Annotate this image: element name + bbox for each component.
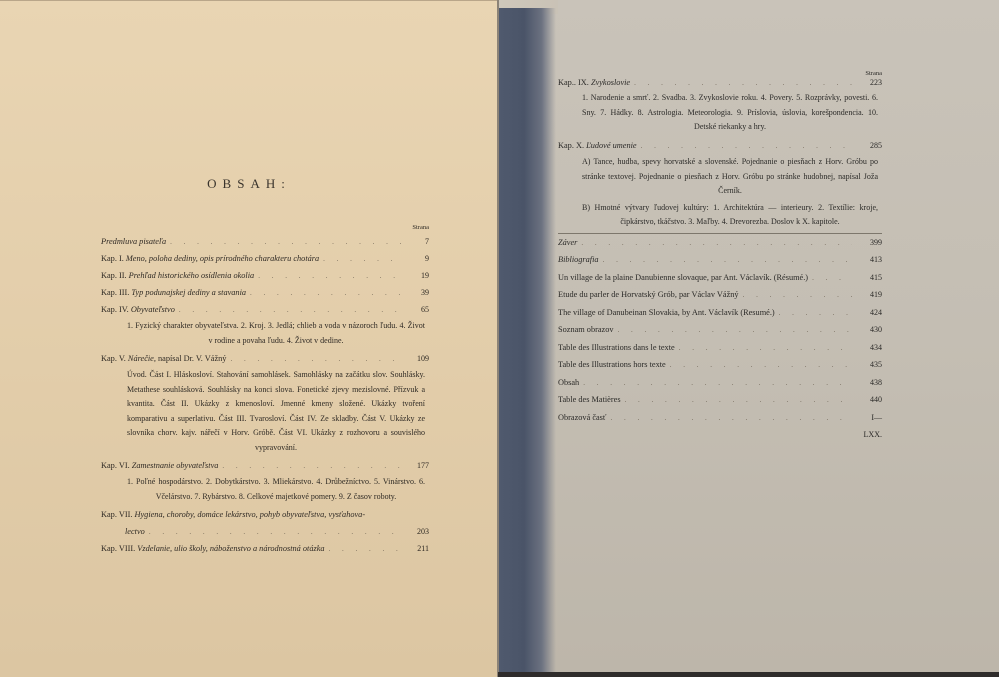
leader-dots: . . . . . . . . . . . . . . . . . . . . … bbox=[679, 340, 852, 358]
entry-title: Un village de la plaine Danubienne slova… bbox=[558, 269, 808, 287]
chapter-number: Kap. VI. bbox=[101, 461, 130, 470]
entry-title: Meno, poloha dediny, opis prírodného cha… bbox=[126, 254, 319, 263]
page-number: 440 bbox=[856, 391, 882, 409]
chapter-number: Kap. IV. bbox=[101, 305, 129, 314]
toc-entry[interactable]: Kap. IV. Obyvateľstvo . . . . . . . . . … bbox=[101, 301, 429, 318]
leader-dots: . . . . . . . . . . . . . . . . . . . . … bbox=[603, 252, 852, 270]
entry-title: Table des Illustrations dans le texte bbox=[558, 339, 675, 357]
entry-title: Obrazová časť bbox=[558, 409, 606, 427]
toc-entry[interactable]: Kap. VIII. Vzdelanie, ulio školy, nábože… bbox=[101, 540, 429, 557]
entry-title: Table des Illustrations hors texte bbox=[558, 356, 666, 374]
leader-dots: . . . . . . . . . . . . . . . . . . . . … bbox=[323, 251, 401, 268]
entry-title: Ľudové umenie bbox=[586, 141, 636, 150]
page-number: 438 bbox=[856, 374, 882, 392]
gutter-shadow bbox=[498, 8, 556, 677]
page-number: 285 bbox=[856, 137, 882, 155]
leader-dots: . . . . . . . . . . . . . . . . . . . . … bbox=[610, 410, 852, 428]
leader-dots: . . . . . . . . . . . . . . . . . . . . … bbox=[581, 235, 852, 253]
page-number: 177 bbox=[405, 457, 429, 474]
chapter-subsections-b: B) Hmotné výtvary ľudovej kultúry: 1. Ar… bbox=[558, 201, 882, 230]
entry-title: Etude du parler de Horvatský Grób, par V… bbox=[558, 286, 739, 304]
toc-entry[interactable]: Kap. VII. Hygiena, choroby, domáce lekár… bbox=[101, 506, 429, 523]
entry-title: Záver bbox=[558, 238, 577, 247]
chapter-number: Kap. X. bbox=[558, 141, 584, 150]
toc-entry[interactable]: Obrazová časť . . . . . . . . . . . . . … bbox=[558, 409, 882, 427]
page-number: I—LXX. bbox=[856, 409, 882, 444]
page-title: OBSAH: bbox=[0, 176, 498, 192]
leader-dots: . . . . . . . . . . . . . . . . . . . . … bbox=[250, 285, 401, 302]
leader-dots: . . . . . . . . . . . . . . . . . . . . … bbox=[670, 357, 852, 375]
entry-title: Nárečie, bbox=[128, 354, 156, 363]
page-number: 430 bbox=[856, 321, 882, 339]
entry-title: Zamestnanie obyvateľstva bbox=[132, 461, 219, 470]
toc-entry[interactable]: Kap. VI. Zamestnanie obyvateľstva . . . … bbox=[101, 457, 429, 474]
page-number: 435 bbox=[856, 356, 882, 374]
toc-entry[interactable]: Table des Illustrations hors texte . . .… bbox=[558, 356, 882, 374]
chapter-number: Kap. I. bbox=[101, 254, 124, 263]
chapter-subsections: 1. Fyzický charakter obyvateľstva. 2. Kr… bbox=[101, 319, 429, 348]
chapter-subsections: Úvod. Část I. Hláskosloví. Stahování sam… bbox=[101, 368, 429, 455]
chapter-subsections: 1. Narodenie a smrť. 2. Svadba. 3. Zvyko… bbox=[558, 91, 882, 135]
entry-title: Hygiena, choroby, domáce lekárstvo, pohy… bbox=[135, 510, 366, 519]
page-number: 39 bbox=[405, 284, 429, 301]
toc-entry[interactable]: Predmluva pisateľa . . . . . . . . . . .… bbox=[101, 233, 429, 250]
toc-entry[interactable]: Kap. I. Meno, poloha dediny, opis prírod… bbox=[101, 250, 429, 267]
entry-title: Typ podunajskej dediny a stavania bbox=[131, 288, 246, 297]
page-number: 415 bbox=[856, 269, 882, 287]
page-number: 434 bbox=[856, 339, 882, 357]
entry-title: Table des Matières bbox=[558, 391, 621, 409]
entry-title-continuation: lectvo bbox=[125, 527, 145, 536]
page-number: 109 bbox=[405, 350, 429, 367]
toc-entry[interactable]: Kap.. IX. Zvykoslovie . . . . . . . . . … bbox=[558, 76, 882, 90]
toc-entry[interactable]: Etude du parler de Horvatský Grób, par V… bbox=[558, 286, 882, 304]
page-number: 65 bbox=[405, 301, 429, 318]
leader-dots: . . . . . . . . . . . . . . . . . . . . … bbox=[329, 541, 401, 558]
entry-title: Obsah bbox=[558, 374, 579, 392]
entry-title: Bibliografia bbox=[558, 255, 599, 264]
toc-entry[interactable]: Kap. III. Typ podunajskej dediny a stava… bbox=[101, 284, 429, 301]
table-of-contents-left: Strana Predmluva pisateľa . . . . . . . … bbox=[101, 224, 429, 557]
chapter-number: Kap. III. bbox=[101, 288, 129, 297]
page-bottom-edge bbox=[498, 672, 999, 677]
entry-title: Soznam obrazov bbox=[558, 321, 614, 339]
toc-entry-continuation[interactable]: lectvo . . . . . . . . . . . . . . . . .… bbox=[101, 523, 429, 540]
page-number: 413 bbox=[856, 251, 882, 269]
toc-entry[interactable]: The village of Danubeinan Slovakia, by A… bbox=[558, 304, 882, 322]
leader-dots: . . . . . . . . . . . . . . . . . . . . … bbox=[258, 268, 401, 285]
chapter-number: Kap. II. bbox=[101, 271, 127, 280]
page-number: 7 bbox=[405, 233, 429, 250]
page-number: 424 bbox=[856, 304, 882, 322]
page-number: 399 bbox=[856, 234, 882, 252]
entry-title: The village of Danubeinan Slovakia, by A… bbox=[558, 304, 775, 322]
book-spine bbox=[497, 0, 499, 677]
leader-dots: . . . . . . . . . . . . . . . . . . . . … bbox=[170, 234, 401, 251]
leader-dots: . . . . . . . . . . . . . . . . . . . . … bbox=[625, 392, 852, 410]
entry-title: Obyvateľstvo bbox=[131, 305, 175, 314]
toc-entry[interactable]: Table des Illustrations dans le texte . … bbox=[558, 339, 882, 357]
toc-entry[interactable]: Obsah . . . . . . . . . . . . . . . . . … bbox=[558, 374, 882, 392]
strana-label: Strana bbox=[101, 224, 429, 233]
chapter-number: Kap. VIII. bbox=[101, 544, 135, 553]
leader-dots: . . . . . . . . . . . . . . . . . . . . … bbox=[634, 76, 852, 90]
entry-title: Vzdelanie, ulio školy, náboženstvo a nár… bbox=[137, 544, 324, 553]
toc-entry[interactable]: Soznam obrazov . . . . . . . . . . . . .… bbox=[558, 321, 882, 339]
page-number: 211 bbox=[405, 540, 429, 557]
entry-title: Zvykoslovie bbox=[591, 78, 630, 87]
leader-dots: . . . . . . . . . . . . . . . . . . . . … bbox=[583, 375, 852, 393]
page-number: 203 bbox=[405, 523, 429, 540]
toc-entry[interactable]: Table des Matières . . . . . . . . . . .… bbox=[558, 391, 882, 409]
leader-dots: . . . . . . . . . . . . . . . . . . . . … bbox=[222, 458, 401, 475]
entry-title: Prehľad historického osídlenia okolia bbox=[129, 271, 255, 280]
leader-dots: . . . . . . . . . . . . . . . . . . . . … bbox=[230, 351, 401, 368]
table-of-contents-right: Kap.. IX. Zvykoslovie . . . . . . . . . … bbox=[558, 72, 882, 426]
toc-entry[interactable]: Kap. V. Nárečie, napísal Dr. V. Vážný . … bbox=[101, 350, 429, 367]
chapter-number: Kap.. IX. bbox=[558, 78, 589, 87]
toc-entry[interactable]: Kap. II. Prehľad historického osídlenia … bbox=[101, 267, 429, 284]
page-number: 9 bbox=[405, 250, 429, 267]
leader-dots: . . . . . . . . . . . . . . . . . . . . … bbox=[641, 138, 852, 156]
entry-author: napísal Dr. V. Vážný bbox=[156, 354, 227, 363]
leader-dots: . . . . . . . . . . . . . . . . . . . . … bbox=[149, 524, 401, 541]
entry-title: Predmluva pisateľa bbox=[101, 237, 166, 246]
toc-entry[interactable]: Bibliografia . . . . . . . . . . . . . .… bbox=[558, 251, 882, 269]
leader-dots: . . . . . . . . . . . . . . . . . . . . … bbox=[179, 302, 401, 319]
page-number: 223 bbox=[856, 76, 882, 90]
leader-dots: . . . . . . . . . . . . . . . . . . . . … bbox=[779, 305, 852, 323]
toc-entry[interactable]: Un village de la plaine Danubienne slova… bbox=[558, 269, 882, 287]
leader-dots: . . . . . . . . . . . . . . . . . . . . … bbox=[812, 270, 852, 288]
page-number: 419 bbox=[856, 286, 882, 304]
toc-entry[interactable]: Záver . . . . . . . . . . . . . . . . . … bbox=[558, 234, 882, 252]
chapter-number: Kap. V. bbox=[101, 354, 126, 363]
leader-dots: . . . . . . . . . . . . . . . . . . . . … bbox=[618, 322, 852, 340]
leader-dots: . . . . . . . . . . . . . . . . . . . . … bbox=[743, 287, 852, 305]
chapter-number: Kap. VII. bbox=[101, 510, 132, 519]
page-number: 19 bbox=[405, 267, 429, 284]
chapter-subsections: 1. Poľné hospodárstvo. 2. Dobytkárstvo. … bbox=[101, 475, 429, 504]
toc-entry[interactable]: Kap. X. Ľudové umenie . . . . . . . . . … bbox=[558, 137, 882, 155]
chapter-subsections-a: A) Tance, hudba, spevy horvatské a slove… bbox=[558, 155, 882, 199]
